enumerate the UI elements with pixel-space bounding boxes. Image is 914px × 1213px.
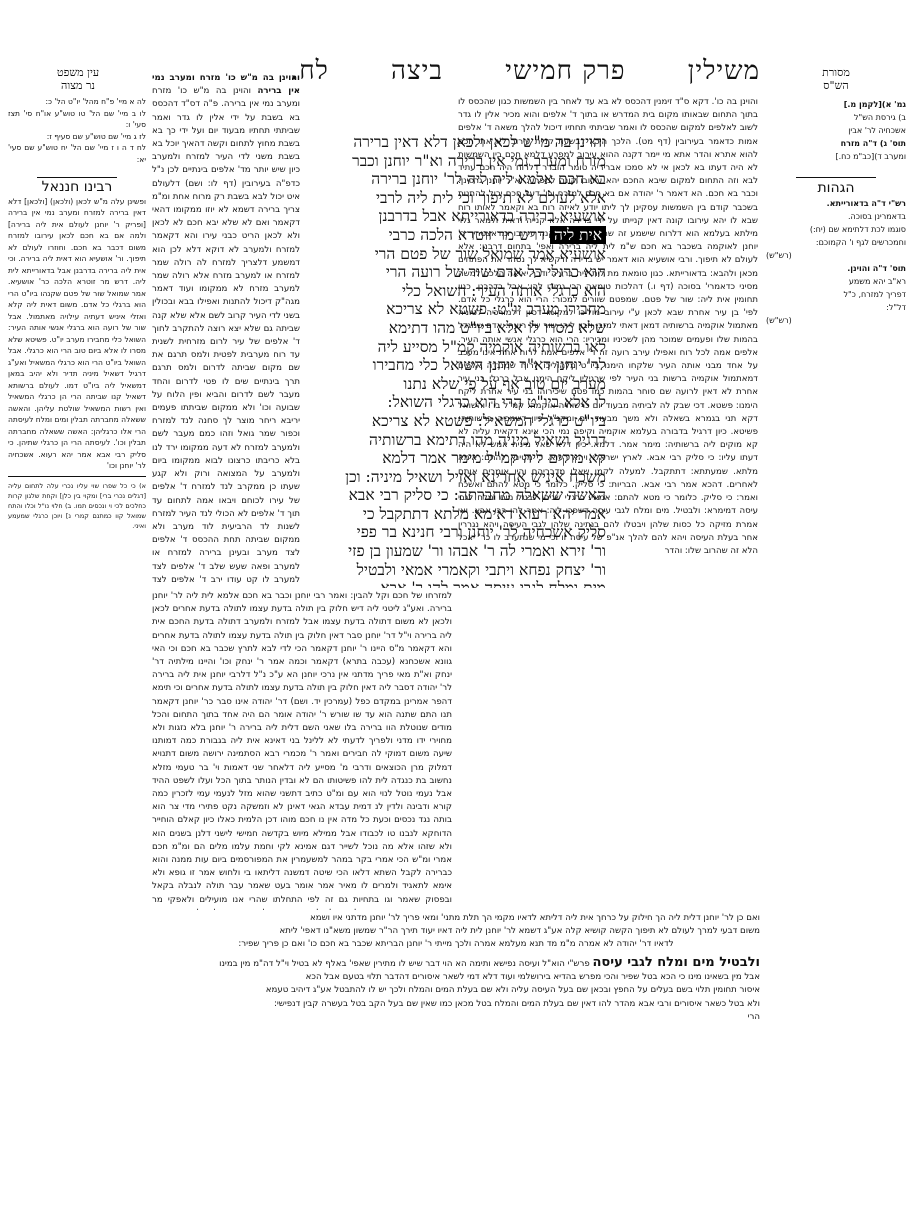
gemara-line: מזרח ומערב נמי אין ברירה וא"ר יוחנן וכבר	[310, 152, 606, 171]
gemara-line: אלא לעולם לא תיפוך וכי לית ליה לרבי	[310, 189, 606, 208]
hagahot-line: רא"ב יהא משמע	[766, 275, 906, 288]
tractate-name: ביצה	[391, 56, 443, 86]
tosafot-bottom-line: ולבטיל מים ומלח לגבי עיסה פרש"י הוא"ל וע…	[152, 956, 760, 971]
tosafot-text: והוינן בה מ"ש כו' מזרח ומערב נמי אין ברי…	[152, 72, 300, 588]
masoret-title-line2: הש"ס	[766, 79, 906, 92]
highlighted-phrase[interactable]: אית ליה	[550, 226, 606, 244]
tosafot-closing-line: משום דבעי למרך לעולם לא תיפוך הקשה קושיא…	[152, 925, 760, 938]
chapter-name: משילין	[688, 56, 760, 86]
gemara-line: הוא כרגלי אותה העיר: השואל כלי	[310, 282, 606, 301]
gemara-line: והוינן בה מ"ש לכאן ולכאן דלא דאין ברירה	[310, 133, 606, 152]
tosafot-bottom-text: פרש"י הוא"ל ועיסה נפישא ותימה הא הוי דבר…	[219, 959, 590, 969]
hagahot-line: בדאמרינן בסוכה.	[766, 210, 906, 223]
ein-mishpat-title: עין משפט	[8, 66, 148, 79]
masoret-line: גמ' א)[לקמן מ.]	[766, 98, 906, 111]
tosafot-bottom-line: הרי	[152, 1011, 760, 1024]
masoret-title-line1: מסורת	[766, 66, 906, 79]
gemara-line: לאו ברשותיה אוקמיה קמ"ל מסייע ליה	[310, 338, 606, 357]
footnote-divider	[8, 476, 146, 477]
gemara-line-rest: דרש מר זוטרא הלכה כרבי	[389, 226, 546, 244]
masoret-line: ומערב ד)[כב"מ כח.]	[766, 150, 906, 163]
ein-mishpat-column: לה א מיי' פ"ח מהל' יו"ט הל' כ: לו ב מיי'…	[8, 96, 146, 816]
tosafot-lower-text: למזרחו של חכם וקל להבין: ואמר רבי יוחנן …	[152, 590, 452, 910]
gemara-line: סליק אשכחיה לר' יוחנן ורבי חנינא בר פפי	[310, 523, 606, 542]
hagahot-line: רש"י ד"ה בדאורייתא.	[766, 197, 906, 210]
gemara-line: אושעיא אמר שמואל שור של פטם הרי	[310, 245, 606, 264]
gemara-line: אמר יהא רעוא דאימא מלתא דתתקבל כי	[310, 505, 606, 524]
footnotes-text: א) כי כל שפרו שוי עליו נכרי עלה לתחום על…	[8, 481, 146, 531]
gemara-text: והוינן בה מ"ש לכאן ולכאן דלא דאין ברירה …	[310, 133, 606, 588]
masoret-hashas-column: גמ' א)[לקמן מ.] ב) גירסת הש"ל אשכחיה לר'…	[766, 98, 906, 327]
masoret-line: אשכחיה לר' אבין	[766, 124, 906, 137]
gemara-line: ביו"ט כרגלי המשאיל: פשטא לא צריכא	[310, 412, 606, 431]
gemara-line: שלא מסרו לו אלא ביו"ט מהו דתימא	[310, 319, 606, 338]
talmud-page: מסורת הש"ס עין משפט נר מצוה משילין פרק ח…	[0, 0, 914, 1213]
ornament-divider	[796, 177, 876, 178]
gemara-line: האשה ששאלה מחברתה: כי סליק רבי אבא	[310, 486, 606, 505]
gemara-line: ור' זירא ואמרי לה ר' אבהו ור' שמעון בן פ…	[310, 542, 606, 561]
ein-mishpat-entry: לו ב מיי' שם הל' טו טוש"ע או"ח סי' תצז ס…	[8, 108, 146, 131]
tosafot-bottom-dibur-hamatchil: ולבטיל מים ומלח לגבי עיסה	[592, 956, 760, 970]
tosafot-bottom-commentary: ולבטיל מים ומלח לגבי עיסה פרש"י הוא"ל וע…	[152, 956, 760, 1036]
hagahot-title: הגהות	[766, 182, 906, 195]
rabbeinu-chananel-text: ופשינן עלה מ"ש לכאן (ולכאן) [ולכאן] דלא …	[8, 196, 146, 472]
chapter-number: פרק חמישי	[505, 56, 625, 86]
gemara-line: משכח איניש אחרינא ואזיל ושאיל מיניה: וכן	[310, 468, 606, 487]
hagahot-line: דל"ל:	[766, 301, 906, 314]
gemara-line: מערב יום טוב אף על פי שלא נתנו	[310, 375, 606, 394]
tosafot-bottom-line: איסור תחומין תלוי בשם בעלים על החפץ ובכא…	[152, 984, 760, 997]
tosafot-commentary: והוינן בה מ"ש כו' מזרח ומערב נמי אין ברי…	[152, 72, 300, 588]
gemara-line: ור' יצחק נפחא ויתבי וקאמרי אמאי ולבטיל	[310, 561, 606, 580]
gemara-line: בא חכם אלמא לית ליה לר' יוחנן ברירה	[310, 170, 606, 189]
gemara-line: קא מוקים ליה קמ"ל מימר אמר דלמא	[310, 449, 606, 468]
tosafot-closing-line: ואם כן לר' יוחנן דלית ליה הך חילוק על כר…	[152, 912, 760, 925]
page-header: משילין פרק חמישי ביצה לח.	[290, 58, 760, 86]
rabbeinu-chananel-title: רבינו חננאל	[8, 182, 146, 194]
hagahot-line: תוס' ד"ה והוינן.	[766, 262, 906, 275]
tosafot-lower-commentary: למזרחו של חכם וקל להבין: ואמר רבי יוחנן …	[152, 590, 452, 910]
tosafot-bottom-line: אבל מין בשאינו מינו כי הכא בטל שפיר והכי…	[152, 971, 760, 984]
tosafot-bottom-line: ולא בטל כשאר איסורים ורבי אבא מהדר להו ד…	[152, 998, 760, 1011]
gemara-line: לו אלא ביו"ט הרי הוא כרגלי השואל:	[310, 393, 606, 412]
hagahot-line: וחמכרשים לגף ו' הקמוכם:	[766, 236, 906, 249]
hagahot-line: (רש"ש)	[766, 314, 906, 327]
hagahot-line: (רש"ש)	[766, 249, 906, 262]
masoret-line: תוס' ג) ד"ה מזרח	[766, 137, 906, 150]
gemara-line: הוא כרגלי כל אדם שור של רועה הרי	[310, 263, 606, 282]
ein-mishpat-heading: עין משפט נר מצוה	[8, 66, 148, 92]
ein-mishpat-entry: לז ג מיי' שם טוש"ע שם סעיף ז:	[8, 131, 146, 143]
gemara-line: דרגיל ושאיל מיניה מהו דתימא ברשותיה	[310, 431, 606, 450]
gemara-line: מים ומלח לגבי עיסה אמר להו ר' אבא	[310, 579, 606, 588]
ner-mitzvah-title: נר מצוה	[8, 79, 148, 92]
tosafot-body: והוינן בה מ"ש כו' מזרח ומערב נמי אין ברי…	[152, 86, 300, 588]
masoret-hashas-heading: מסורת הש"ס	[766, 66, 906, 92]
ein-mishpat-entry: לח ד ה ו ז מיי' שם הל' יח טוש"ע שם סעי' …	[8, 142, 146, 165]
ornament-divider	[37, 177, 117, 178]
gemara-line-highlight: אית ליה דרש מר זוטרא הלכה כרבי	[310, 226, 606, 245]
gemara-line: מחבירו מערב יו"ט: פשטא לא צריכא	[310, 300, 606, 319]
hagahot-line: סוגמו לכת דלתימא שם (יח:)	[766, 223, 906, 236]
tosafot-closing: ואם כן לר' יוחנן דלית ליה הך חילוק על כר…	[152, 912, 760, 956]
gemara-line: לר' יוחנן דא"ר יוחנן השואל כלי מחבירו	[310, 356, 606, 375]
gemara-line: אושעיא ברירה בדאורייתא אבל בדרבנן	[310, 207, 606, 226]
masoret-line: ב) גירסת הש"ל	[766, 111, 906, 124]
hagahot-line: דפריך למזרח, כ"ל	[766, 288, 906, 301]
ein-mishpat-entry: לה א מיי' פ"ח מהל' יו"ט הל' כ:	[8, 96, 146, 108]
tosafot-closing-line: לדאיו דר' יהודה לא אמרה מ"מ מד תנא מעלמא…	[152, 938, 760, 951]
